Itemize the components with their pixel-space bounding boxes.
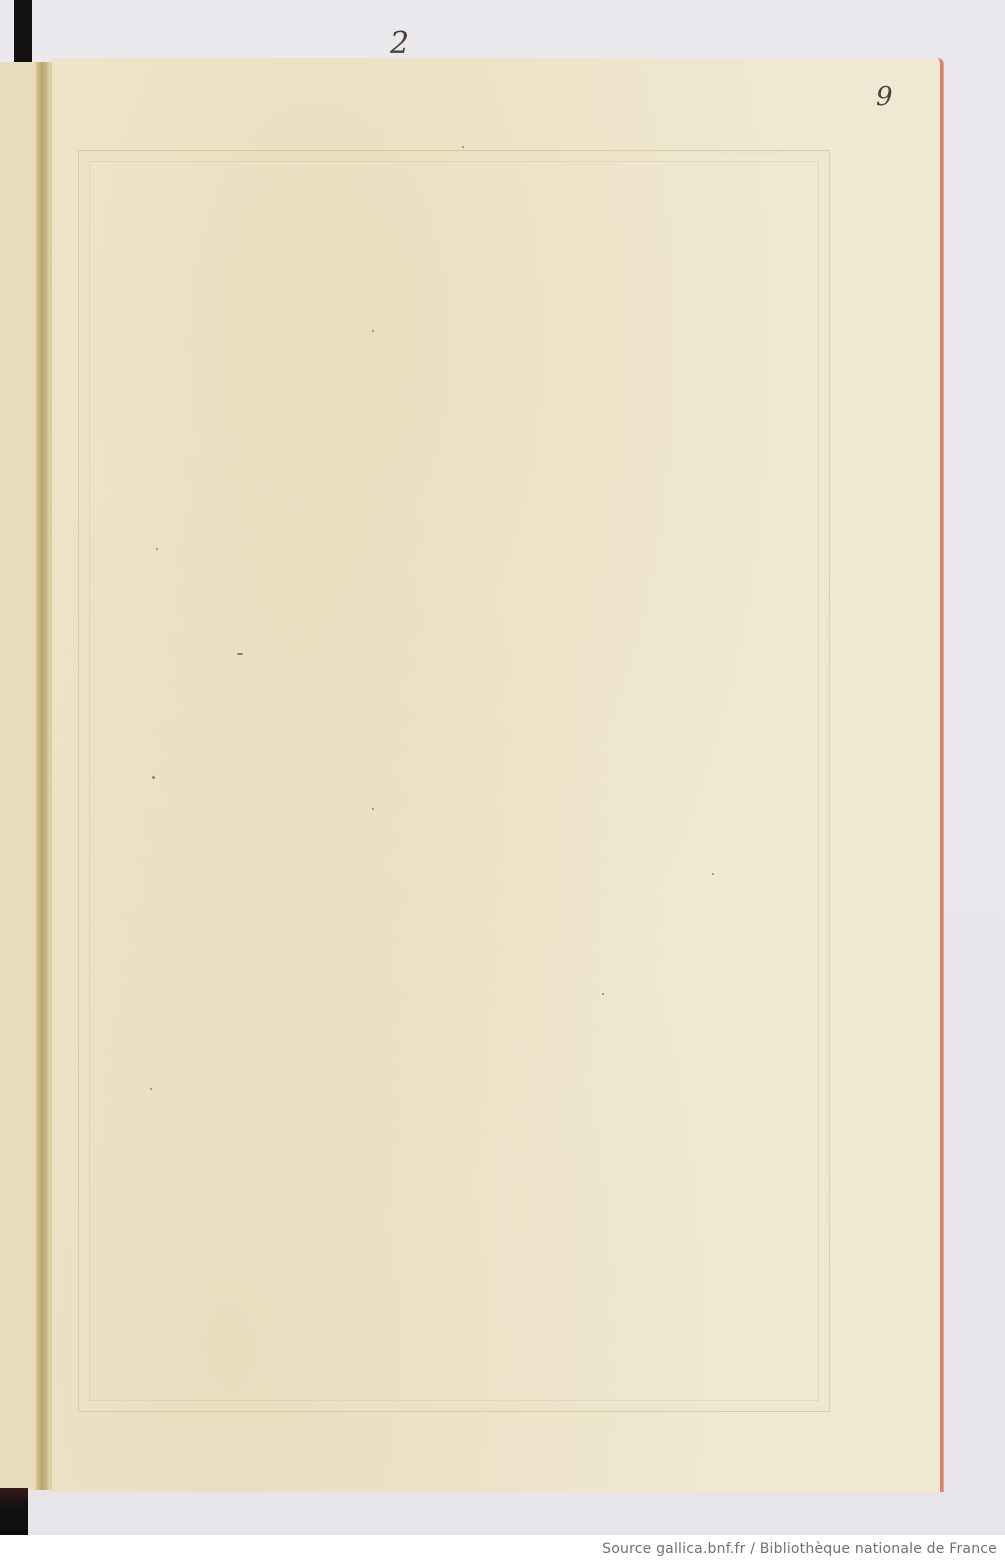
paper-speck (237, 653, 243, 655)
embossed-frame (78, 150, 830, 1412)
binding-strip-top (14, 0, 32, 62)
embossed-frame-inner (89, 161, 819, 1401)
source-attribution: Source gallica.bnf.fr / Bibliothèque nat… (602, 1541, 997, 1557)
paper-speck (152, 776, 155, 779)
scan-area: 2 9 (0, 0, 1005, 1535)
paper-speck (156, 548, 158, 550)
folio-number-handwritten: 9 (876, 82, 893, 112)
paper-speck (372, 808, 374, 810)
paper-speck (712, 873, 714, 875)
recto-page (52, 58, 943, 1492)
gutter-fold (36, 62, 50, 1490)
binding-strip-bottom (0, 1488, 28, 1535)
paper-speck (462, 146, 464, 148)
page-number-handwritten: 2 (390, 26, 410, 61)
footer-bar: Source gallica.bnf.fr / Bibliothèque nat… (0, 1535, 1005, 1566)
paper-speck (602, 993, 604, 995)
paper-speck (150, 1088, 152, 1090)
paper-speck (372, 330, 374, 332)
